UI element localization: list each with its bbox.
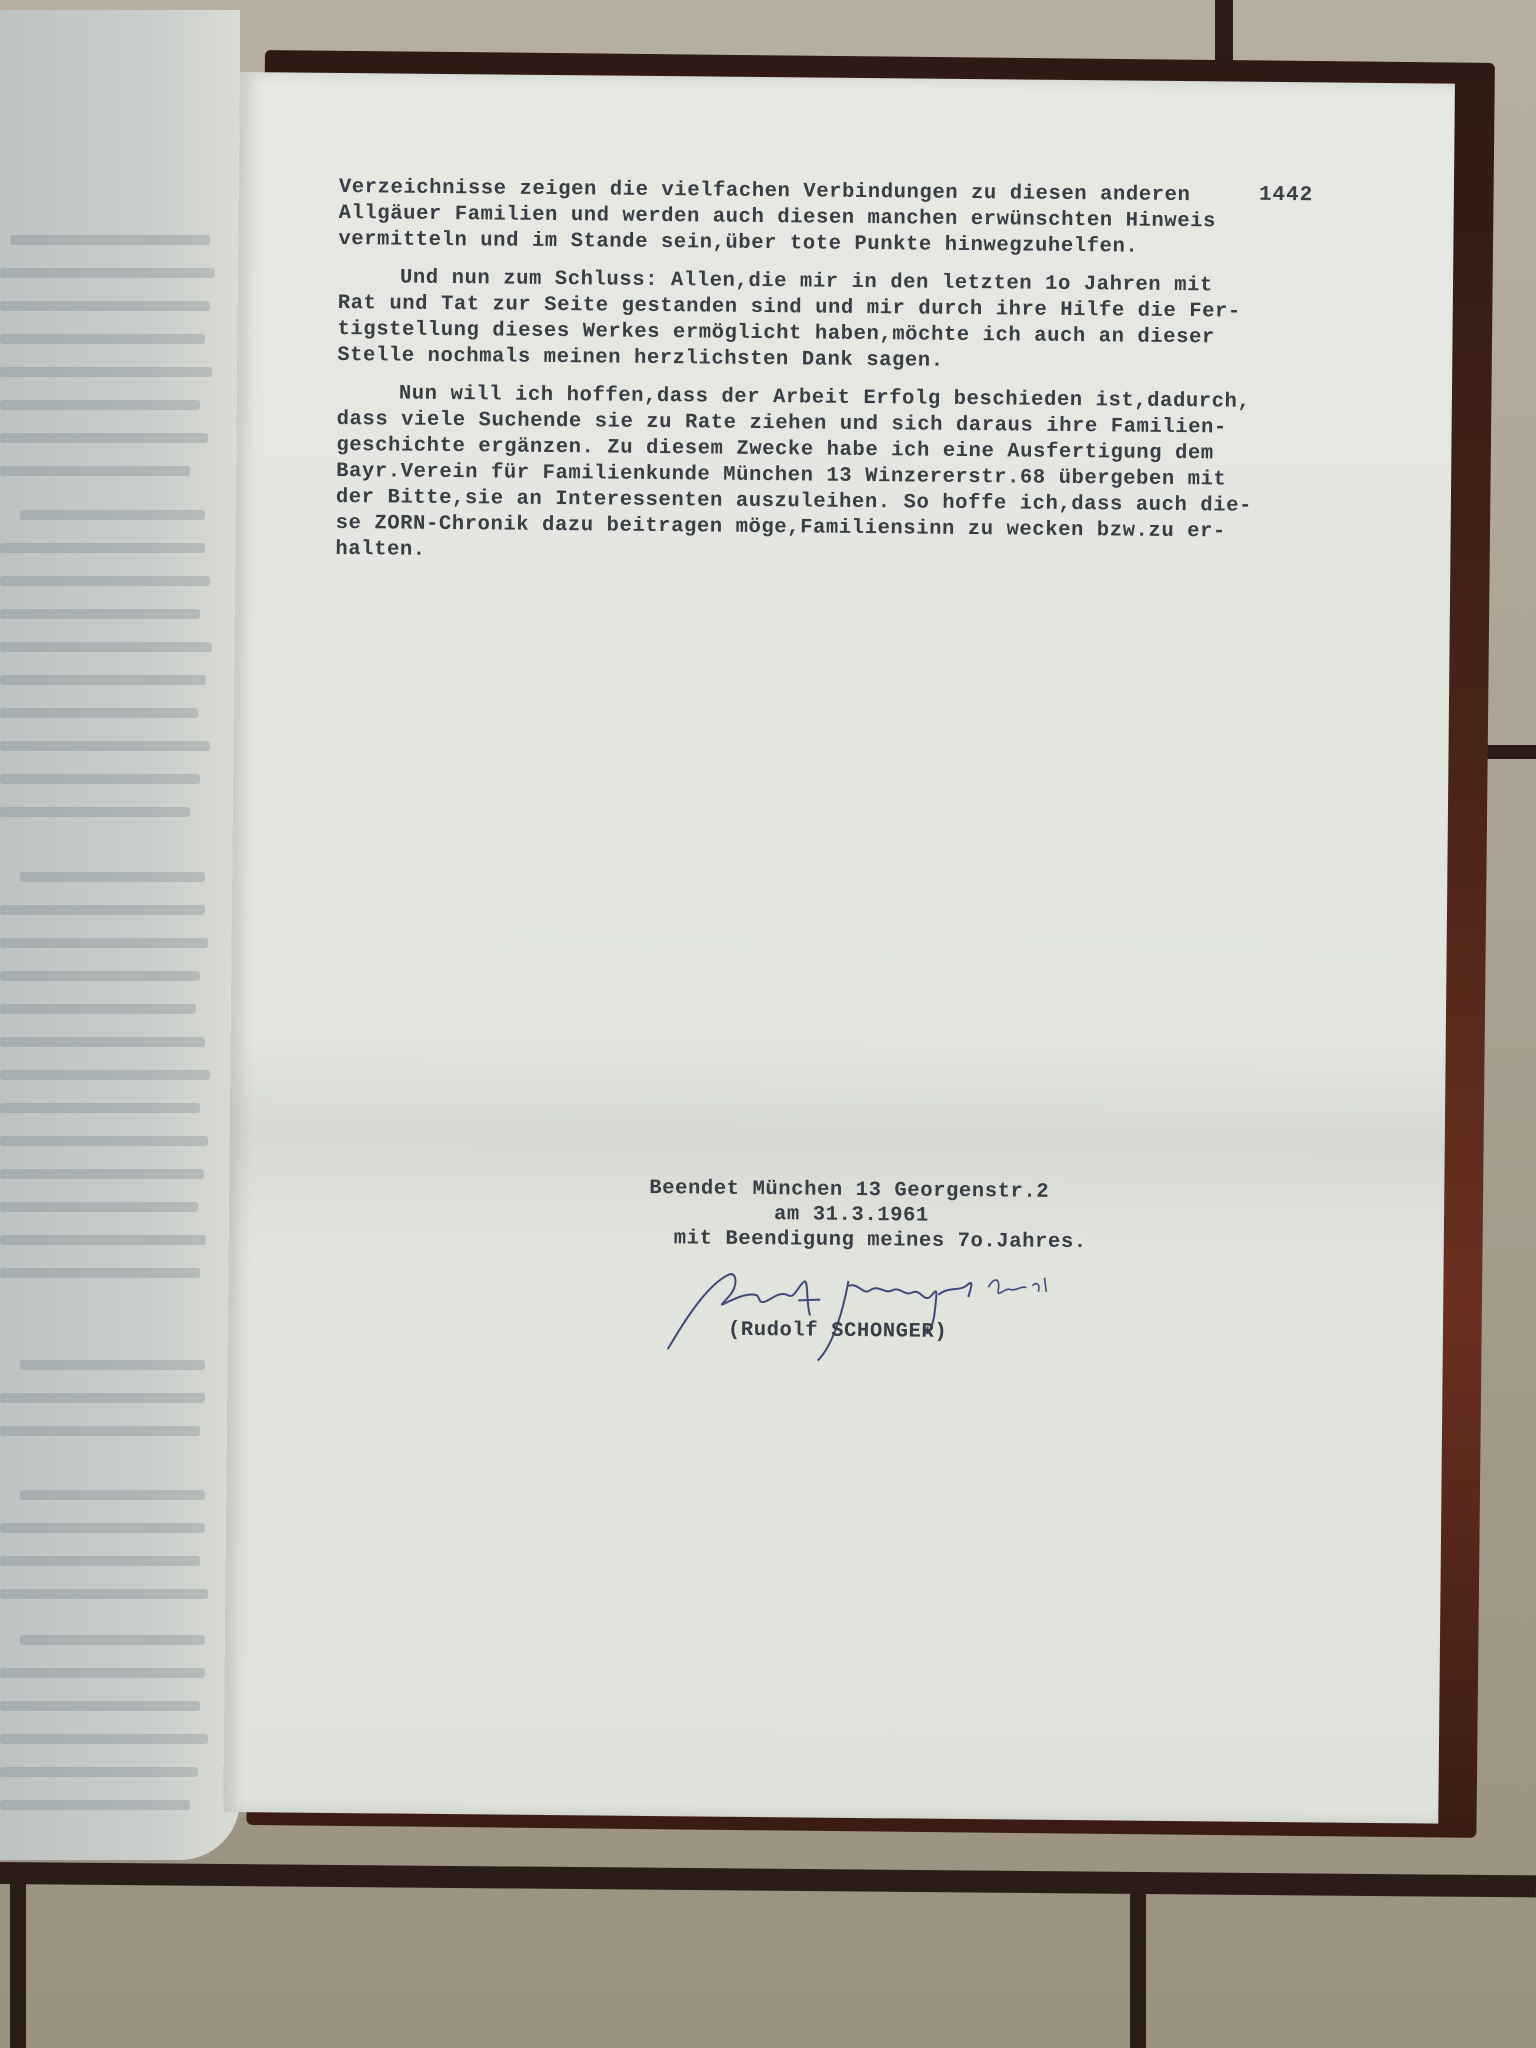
- blurred-text-line: [0, 1268, 200, 1278]
- blurred-text-line: [0, 971, 200, 981]
- blurred-text-line: [0, 1556, 200, 1566]
- blurred-text-line: [0, 334, 205, 344]
- blurred-text-line: [0, 642, 212, 652]
- blurred-text-line: [0, 1767, 198, 1777]
- blurred-text-line: [0, 741, 210, 751]
- tile-grout-line: [1130, 1880, 1146, 2048]
- blurred-text-line: [0, 466, 190, 476]
- blurred-text-line: [0, 1037, 205, 1047]
- blurred-text-line: [0, 905, 205, 915]
- blurred-text-line: [0, 938, 208, 948]
- blurred-text-line: [0, 1136, 208, 1146]
- blurred-text-line: [0, 1734, 208, 1744]
- typed-name: (Rudolf SCHONGER): [728, 1319, 948, 1344]
- blurred-text-line: [0, 400, 200, 410]
- blurred-text-line: [0, 433, 208, 443]
- blurred-text-line: [0, 576, 210, 586]
- blurred-text-line: [0, 268, 215, 278]
- blurred-text-line: [0, 708, 198, 718]
- blurred-text-line: [0, 367, 212, 377]
- blurred-text-line: [20, 1360, 205, 1370]
- blurred-text-line: [0, 609, 200, 619]
- blurred-text-line: [0, 675, 206, 685]
- blurred-text-line: [20, 872, 205, 882]
- blurred-text-line: [0, 543, 205, 553]
- closing-block: Beendet München 13 Georgenstr.2 am 31.3.…: [649, 1176, 1088, 1255]
- blurred-text-line: [0, 1800, 190, 1810]
- blurred-text-line: [0, 1070, 210, 1080]
- document-page: 1442 Verzeichnisse zeigen die vielfachen…: [223, 72, 1455, 1824]
- blurred-text-line: [20, 1635, 205, 1645]
- blurred-text-line: [0, 1004, 196, 1014]
- blurred-text-line: [0, 1393, 205, 1403]
- blurred-text-line: [0, 1426, 200, 1436]
- blurred-text-line: [10, 235, 210, 245]
- blurred-text-line: [0, 1103, 200, 1113]
- paragraph-3: Nun will ich hoffen,dass der Arbeit Erfo…: [335, 381, 1367, 573]
- tile-grout-line: [10, 1870, 26, 2048]
- blurred-text-line: [0, 774, 200, 784]
- blurred-text-line: [20, 510, 205, 520]
- blurred-text-line: [0, 301, 210, 311]
- blurred-text-line: [0, 1169, 204, 1179]
- blurred-text-line: [0, 1589, 208, 1599]
- blurred-text-line: [0, 1523, 205, 1533]
- tile-grout-line: [1480, 745, 1536, 759]
- paragraph-2: Und nun zum Schluss: Allen,die mir in de…: [337, 265, 1368, 379]
- paragraph-1: Verzeichnisse zeigen die vielfachen Verb…: [338, 175, 1369, 263]
- blurred-text-line: [0, 1235, 206, 1245]
- blurred-text-line: [0, 1202, 198, 1212]
- left-facing-page: [0, 10, 240, 1860]
- document-body: Verzeichnisse zeigen die vielfachen Verb…: [335, 175, 1369, 585]
- blurred-text-line: [0, 1701, 200, 1711]
- blurred-text-line: [0, 1668, 205, 1678]
- blurred-text-line: [0, 807, 190, 817]
- blurred-text-line: [20, 1490, 205, 1500]
- handwritten-signature: [648, 1254, 1169, 1369]
- closing-note: mit Beendigung meines 7o.Jahres.: [649, 1226, 1087, 1255]
- closing-location: Beendet München 13 Georgenstr.2: [649, 1176, 1087, 1205]
